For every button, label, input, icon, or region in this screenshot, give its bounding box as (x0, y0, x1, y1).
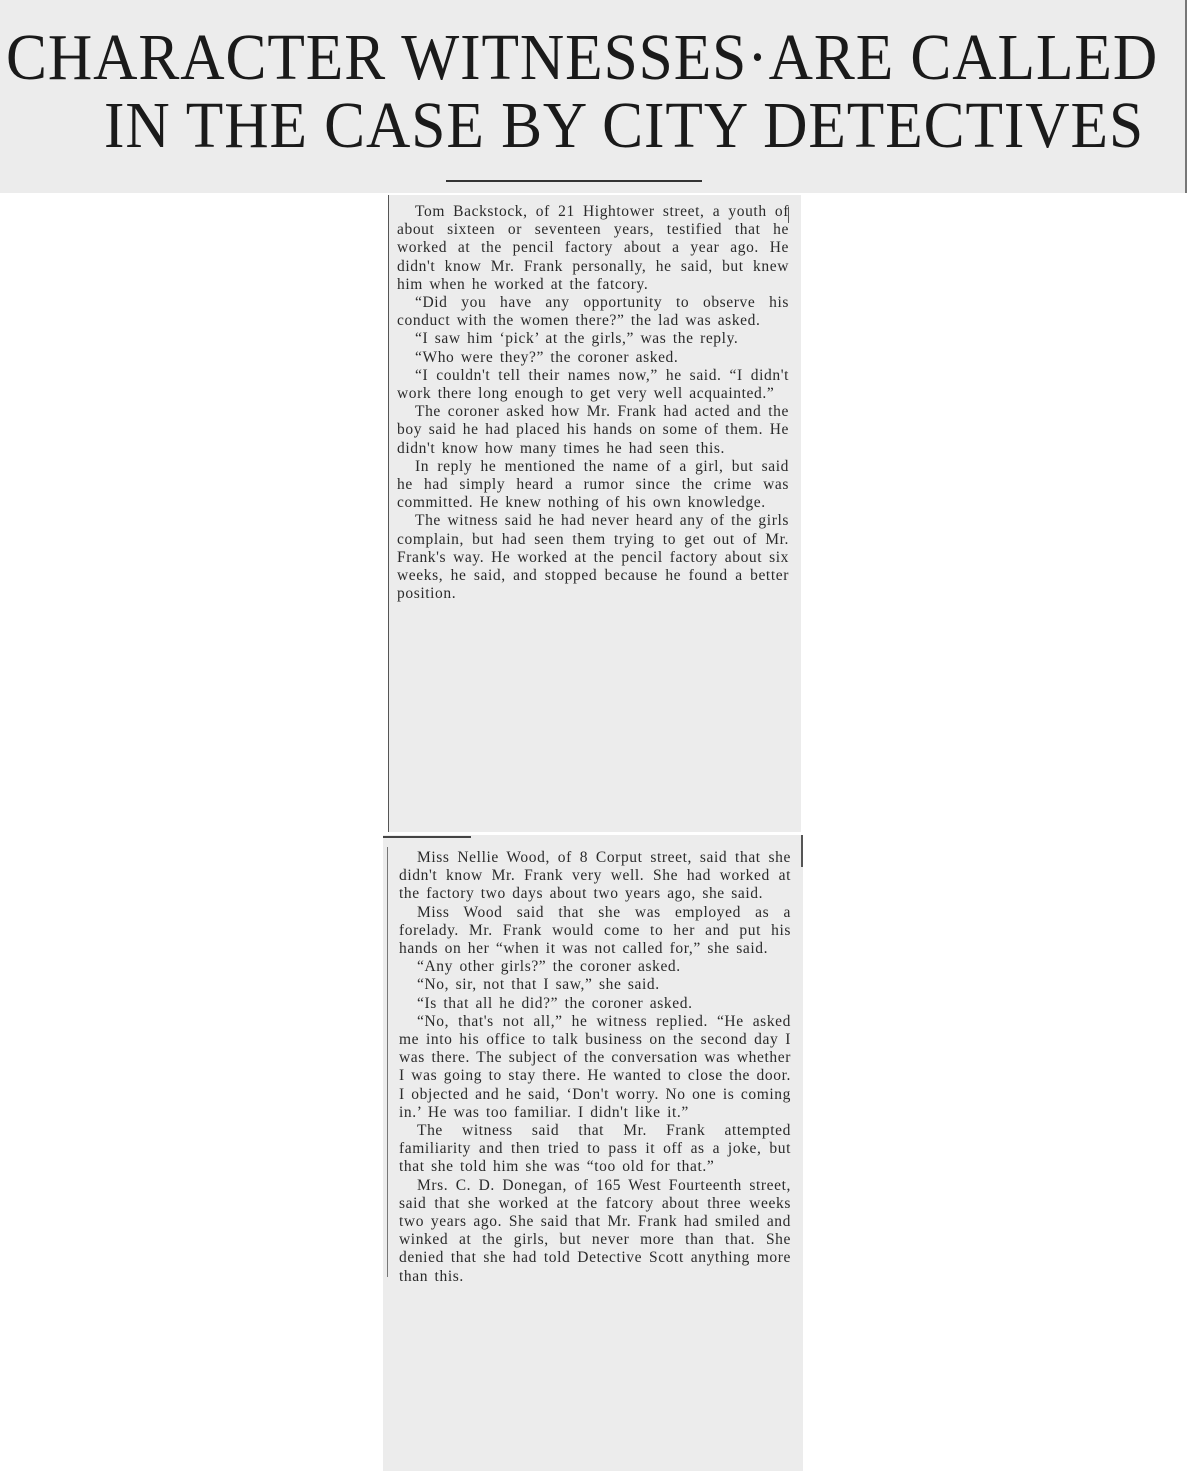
paragraph: “No, that's not all,” he witness replied… (399, 1013, 791, 1122)
paragraph: “No, sir, not that I saw,” she said. (399, 976, 791, 994)
article-clipping-1: Tom Backstock, of 21 Hightower street, a… (388, 195, 801, 832)
paragraph: The witness said that Mr. Frank attempte… (399, 1122, 791, 1177)
paragraph: In reply he mentioned the name of a girl… (397, 458, 789, 513)
paragraph: “Who were they?” the coroner asked. (397, 349, 789, 367)
paragraph: “Any other girls?” the coroner asked. (399, 958, 791, 976)
headline-divider (446, 180, 702, 182)
paragraph: Mrs. C. D. Donegan, of 165 West Fourteen… (399, 1177, 791, 1286)
column-rule (788, 207, 789, 223)
paragraph: Tom Backstock, of 21 Hightower street, a… (397, 203, 789, 294)
column-rule (801, 835, 803, 867)
headline-line-2: IN THE CASE BY CITY DETECTIVES (104, 88, 1144, 164)
paragraph: “Did you have any opportunity to observe… (397, 294, 789, 330)
paragraph: Miss Nellie Wood, of 8 Corput street, sa… (399, 849, 791, 904)
headline-line-1: CHARACTER WITNESSES·ARE CALLED (6, 20, 1158, 96)
article-clipping-2: Miss Nellie Wood, of 8 Corput street, sa… (383, 835, 803, 1471)
headline-block: CHARACTER WITNESSES·ARE CALLED IN THE CA… (0, 0, 1187, 193)
paragraph: “I saw him ‘pick’ at the girls,” was the… (397, 330, 789, 348)
paragraph: The coroner asked how Mr. Frank had acte… (397, 403, 789, 458)
paragraph: “I couldn't tell their names now,” he sa… (397, 367, 789, 403)
section-divider (383, 836, 471, 838)
paragraph: The witness said he had never heard any … (397, 512, 789, 603)
paragraph: “Is that all he did?” the coroner asked. (399, 995, 791, 1013)
column-rule (387, 847, 388, 1277)
paragraph: Miss Wood said that she was employed as … (399, 904, 791, 959)
